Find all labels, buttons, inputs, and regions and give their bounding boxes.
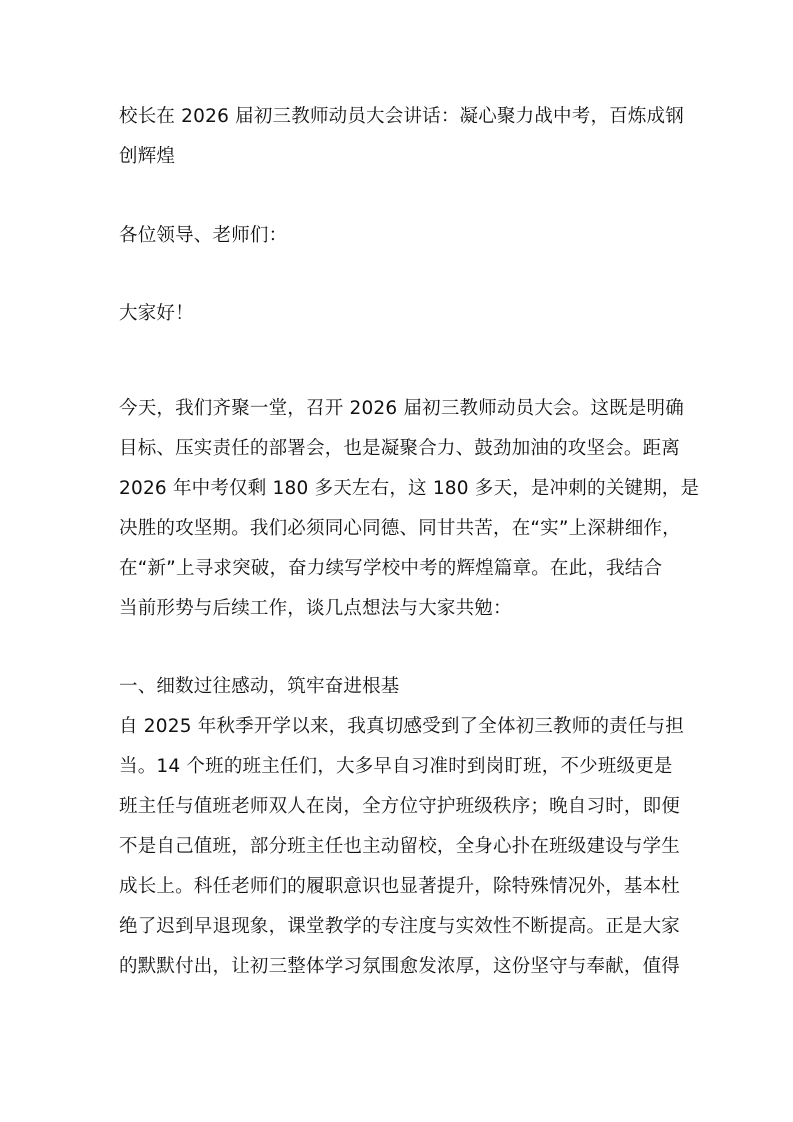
section-1-heading: 一、细数过往感动，筑牢奋进根基: [119, 675, 679, 699]
greeting: 大家好！: [119, 302, 679, 326]
intro-paragraph-line: 今天，我们齐聚一堂，召开 2026 届初三教师动员大会。这既是明确: [119, 397, 679, 421]
intro-paragraph-line: 目标、压实责任的部署会，也是凝聚合力、鼓劲加油的攻坚会。距离: [119, 437, 679, 461]
salutation: 各位领导、老师们：: [119, 224, 679, 248]
intro-paragraph-line: 在“新”上寻求突破，奋力续写学校中考的辉煌篇章。在此，我结合: [119, 557, 679, 581]
section-1-paragraph-line: 当。14 个班的班主任们，大多早自习准时到岗盯班，不少班级更是: [119, 755, 679, 779]
section-1-paragraph-line: 绝了迟到早退现象，课堂教学的专注度与实效性不断提高。正是大家: [119, 915, 679, 939]
section-1-paragraph-line: 自 2025 年秋季开学以来，我真切感受到了全体初三教师的责任与担: [119, 715, 679, 739]
document-page: 校长在 2026 届初三教师动员大会讲话：凝心聚力战中考，百炼成钢 创辉煌 各位…: [0, 0, 793, 1122]
section-1-paragraph-line: 成长上。科任老师们的履职意识也显著提升，除特殊情况外，基本杜: [119, 875, 679, 899]
section-1-paragraph-line: 班主任与值班老师双人在岗，全方位守护班级秩序；晚自习时，即便: [119, 795, 679, 819]
intro-paragraph-line: 当前形势与后续工作，谈几点想法与大家共勉：: [119, 597, 679, 621]
section-1-paragraph-line: 不是自己值班，部分班主任也主动留校，全身心扑在班级建设与学生: [119, 835, 679, 859]
intro-paragraph-line: 2026 年中考仅剩 180 多天左右，这 180 多天，是冲刺的关键期，是: [119, 477, 679, 501]
document-title-line-2: 创辉煌: [119, 145, 679, 169]
section-1-paragraph-line: 的默默付出，让初三整体学习氛围愈发浓厚，这份坚守与奉献，值得: [119, 955, 679, 979]
intro-paragraph-line: 决胜的攻坚期。我们必须同心同德、同甘共苦，在“实”上深耕细作，: [119, 517, 679, 541]
document-title-line-1: 校长在 2026 届初三教师动员大会讲话：凝心聚力战中考，百炼成钢: [119, 105, 679, 129]
